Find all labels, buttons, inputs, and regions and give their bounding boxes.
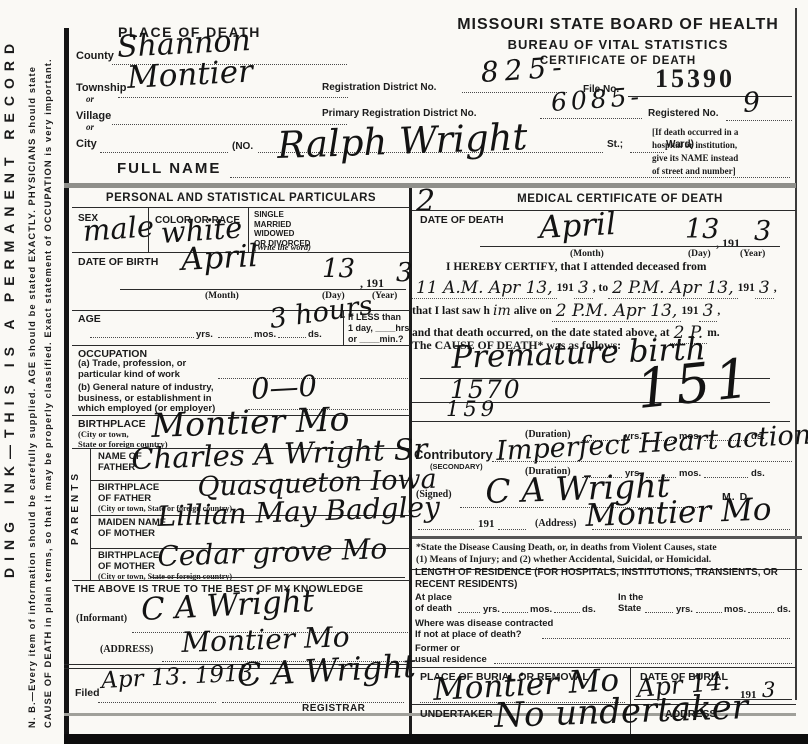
village-label: Village — [76, 110, 111, 122]
cause-line-3 — [412, 421, 790, 422]
age-yrs-line — [90, 337, 194, 338]
if-less-note: If LESS than 1 day, ____hrs. or ____min.… — [348, 312, 412, 345]
rule — [72, 580, 410, 581]
residence-title-line: RECENT RESIDENTS) — [415, 579, 778, 591]
dod-line — [480, 246, 780, 247]
parents-divider — [90, 448, 91, 580]
township-label: Township — [76, 82, 127, 94]
in-state-label: In the State — [618, 592, 643, 614]
last-saw-time-value: 2 P.M. Apr 13, — [552, 301, 682, 322]
registered-no-label: Registered No. — [648, 108, 719, 119]
month-caption: (Month) — [205, 291, 239, 301]
in-state-line: In the — [618, 592, 643, 603]
registration-district-label: Registration District No. — [322, 82, 436, 93]
at-place-line: At place — [415, 592, 452, 603]
signed-label: (Signed) — [416, 489, 452, 500]
year-printed: 191 — [738, 282, 755, 294]
occupation-b-line: (b) General nature of industry, — [78, 383, 215, 394]
mother-maiden-label-line: OF MOTHER — [98, 529, 166, 540]
dob-year-value: 3 — [396, 258, 413, 288]
signed-address-value: Montier Mo — [585, 492, 772, 534]
month-caption: (Month) — [570, 249, 604, 259]
filed-label: Filed — [75, 687, 100, 699]
bottom-scan-bar — [64, 734, 808, 744]
mother-birthplace-line — [150, 577, 405, 578]
sex-value: male — [82, 209, 155, 248]
m-caption: m. — [707, 327, 719, 339]
attended-from-value: 11 A.M. Apr 13, — [412, 278, 557, 299]
death-certificate-document: DING INK—THIS IS A PERMANENT RECORD N. B… — [0, 0, 808, 744]
cell-divider — [148, 207, 149, 252]
if-less-line: or ____min.? — [348, 334, 412, 345]
last-saw-text: that I last saw h — [412, 305, 490, 317]
disease-contracted-label: Where was disease contracted If not at p… — [415, 619, 553, 640]
footnote-line: *State the Disease Causing Death, or, in… — [416, 542, 800, 554]
filed-line — [98, 702, 216, 703]
at-place-line: of death — [415, 603, 452, 614]
margin-note-permanent-record: DING INK—THIS IS A PERMANENT RECORD — [1, 8, 19, 578]
right-border-rule — [795, 8, 797, 700]
certify-line-1: I HEREBY CERTIFY, that I attended deceas… — [446, 261, 707, 273]
registrar-signature: C A Wright — [236, 647, 417, 694]
at-place-yrs-line — [458, 612, 480, 613]
ds-caption: ds. — [751, 468, 765, 479]
in-state-ds-line — [748, 612, 774, 613]
informant-label: (Informant) — [76, 613, 127, 624]
comma: , — [717, 305, 720, 317]
former-blank-line — [494, 663, 792, 664]
day-caption: (Day) — [688, 249, 711, 259]
mother-birthplace-label-line: OF MOTHER — [98, 562, 159, 573]
year-printed: 191 — [681, 305, 698, 317]
certify-line-2: 11 A.M. Apr 13,1913, to2 P.M. Apr 13,191… — [412, 276, 777, 296]
in-state-line: State — [618, 603, 643, 614]
signed-year-printed: 191 — [478, 518, 495, 530]
yrs-caption: yrs. — [483, 604, 500, 615]
dod-year-value: 3 — [754, 216, 771, 247]
file-no-value: 15390 — [655, 64, 735, 94]
former-residence-label: Former or usual residence — [415, 644, 487, 665]
mother-maiden-name-label: MAIDEN NAME OF MOTHER — [98, 518, 166, 539]
if-less-line: If LESS than — [348, 312, 412, 323]
year-caption: (Year) — [372, 291, 397, 301]
margin-note-nb-line2: CAUSE OF DEATH in plain terms, so that i… — [43, 18, 58, 728]
father-birthplace-label-line: OF FATHER — [98, 494, 159, 505]
hospital-note-line: hospital or institution, — [652, 139, 784, 152]
secondary-label: (SECONDARY) — [430, 462, 483, 471]
from-year-value: 3 — [574, 278, 593, 299]
to-year-value: 3 — [755, 278, 774, 299]
ds-caption: ds. — [308, 329, 322, 340]
dob-day-value: 13 — [322, 254, 355, 284]
street-no-label: (NO. — [232, 141, 253, 152]
in-state-mos-line — [696, 612, 722, 613]
mother-birthplace-label: BIRTHPLACE OF MOTHER — [98, 551, 159, 572]
at-place-ds-line — [554, 612, 580, 613]
comma: , — [774, 282, 777, 294]
mos-caption: mos. — [679, 468, 701, 479]
age-mos-line — [218, 337, 252, 338]
full-name-label: FULL NAME — [117, 160, 221, 177]
residence-title-line: LENGTH OF RESIDENCE (FOR HOSPITALS, INST… — [415, 567, 778, 579]
parents-label: PARENTS — [70, 445, 86, 545]
yrs-caption: yrs. — [676, 604, 693, 615]
father-birthplace-label: BIRTHPLACE OF FATHER — [98, 483, 159, 504]
township-blank-line — [118, 97, 348, 98]
board-title: MISSOURI STATE BOARD OF HEALTH — [448, 16, 788, 34]
marital-option: MARRIED — [254, 220, 310, 230]
informant-address-label: (ADDRESS) — [100, 644, 153, 655]
duration2-ds-line — [704, 477, 748, 478]
contributory-line — [492, 461, 792, 462]
mother-birthplace-label-line: BIRTHPLACE — [98, 551, 159, 562]
margin-note-nb-line1: N. B.—Every item of information should b… — [27, 18, 42, 728]
contracted-line: Where was disease contracted — [415, 619, 553, 630]
full-name-value: Ralph Wright — [276, 115, 528, 167]
marital-option: SINGLE — [254, 210, 310, 220]
undertaker-value: No undertaker — [494, 687, 749, 736]
to-word: , to — [593, 282, 608, 294]
registration-district-value: 825- — [480, 50, 569, 89]
hospital-note-line: give its NAME instead — [652, 152, 784, 165]
cell-divider — [343, 310, 344, 345]
occupation-a-line: particular kind of work — [78, 370, 186, 381]
mother-maiden-label-line: MAIDEN NAME — [98, 518, 166, 529]
ds-caption: ds. — [777, 604, 791, 615]
dod-month-value: April — [538, 206, 617, 246]
mother-birthplace-value: Cedar grove Mo — [157, 532, 388, 573]
in-state-yrs-line — [645, 612, 673, 613]
alive-on-text: alive on — [514, 305, 552, 317]
signed-address-label: (Address) — [535, 518, 576, 529]
hospital-note-line: [If death occurred in a — [652, 126, 784, 139]
residence-title: LENGTH OF RESIDENCE (FOR HOSPITALS, INST… — [415, 567, 778, 591]
certify-text: I HEREBY CERTIFY, that I attended deceas… — [446, 261, 707, 273]
marital-note: (Write the word) — [254, 242, 311, 252]
undertaker-label: UNDERTAKER — [420, 708, 493, 720]
year-printed: 191 — [557, 282, 574, 294]
certify-line-3: that I last saw himalive on2 P.M. Apr 13… — [412, 299, 720, 319]
saw-year-value: 3 — [699, 301, 718, 322]
occupation-a-label: (a) Trade, profession, or particular kin… — [78, 359, 186, 380]
mos-caption: mos. — [254, 329, 276, 340]
dob-month-value: April — [180, 238, 259, 278]
left-heavy-rule — [64, 28, 69, 744]
city-label: City — [76, 138, 97, 150]
date-of-death-label: DATE OF DEATH — [420, 214, 504, 226]
personal-title: PERSONAL AND STATISTICAL PARTICULARS — [72, 192, 410, 204]
registered-no-value: 9 — [742, 87, 761, 119]
signed-year-line — [498, 529, 526, 530]
date-of-birth-label: DATE OF BIRTH — [78, 256, 158, 268]
bureau-title: BUREAU OF VITAL STATISTICS — [448, 37, 788, 52]
father-birthplace-label-line: BIRTHPLACE — [98, 483, 159, 494]
file-no-line — [628, 96, 792, 97]
rule — [72, 345, 410, 346]
former-line: Former or — [415, 644, 487, 655]
marital-option: WIDOWED — [254, 229, 310, 239]
age-label: AGE — [78, 313, 101, 325]
hospital-note: [If death occurred in a hospital or inst… — [652, 126, 784, 178]
dod-day-value: 13 — [685, 214, 719, 245]
dod-year-printed: , 191 — [716, 236, 740, 251]
footnote-box: *State the Disease Causing Death, or, in… — [412, 536, 802, 570]
contracted-blank-line — [542, 638, 790, 639]
age-ds-line — [278, 337, 306, 338]
signed-date-line — [418, 529, 474, 530]
primary-district-value: 6085- — [550, 82, 644, 117]
mos-caption: mos. — [724, 604, 746, 615]
contributory-value: Imperfect Heart action — [495, 420, 808, 467]
street-label: St.; — [607, 139, 623, 150]
yrs-caption: yrs. — [196, 329, 213, 340]
primary-district-line — [540, 118, 642, 119]
him-mark: im — [490, 303, 514, 319]
at-place-label: At place of death — [415, 592, 452, 614]
medical-title: MEDICAL CERTIFICATE OF DEATH — [455, 193, 785, 205]
or-label-1: or — [86, 94, 94, 104]
contributory-label: Contributory — [414, 447, 493, 462]
county-label: County — [76, 50, 114, 62]
cause-code-value-2: 159 — [446, 397, 498, 421]
or-label-2: or — [86, 122, 94, 132]
mos-caption: mos. — [530, 604, 552, 615]
former-line: usual residence — [415, 655, 487, 666]
township-value: Montier — [126, 53, 254, 96]
attended-to-value: 2 P.M. Apr 13, — [608, 278, 738, 299]
contracted-line: If not at place of death? — [415, 630, 553, 641]
if-less-line: 1 day, ____hrs. — [348, 323, 412, 334]
cause-overlay-mark: 151 — [633, 346, 757, 421]
footnote-line: (1) Means of Injury; and (2) whether Acc… — [416, 554, 800, 566]
full-name-line — [230, 177, 790, 178]
rule — [72, 207, 410, 208]
occupation-a-line: (a) Trade, profession, or — [78, 359, 186, 370]
year-caption: (Year) — [740, 249, 765, 259]
at-place-mos-line — [502, 612, 528, 613]
ds-caption: ds. — [582, 604, 596, 615]
registered-no-line — [726, 120, 792, 121]
city-blank-line — [100, 152, 228, 153]
